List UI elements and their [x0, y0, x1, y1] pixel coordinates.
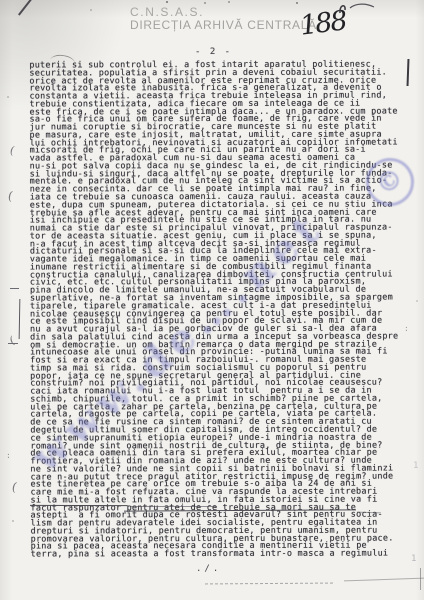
margin-paren-mark: ( — [8, 334, 16, 348]
scan-artifact-corner-line — [420, 568, 421, 590]
margin-paren-mark: ( — [7, 189, 14, 204]
margin-dots-mark: : — [404, 327, 409, 331]
margin-vertical-line-mark — [19, 299, 21, 339]
document-line: terra, pina si aceasta a fost transforma… — [31, 551, 399, 560]
margin-dash-mark — [10, 288, 19, 289]
scan-noise-specks — [0, 0, 2, 2]
scan-artifact-dashed-line — [344, 578, 424, 582]
scan-artifact-dashed-line — [205, 583, 333, 585]
header-department: DIRECȚIA ARHIVĂ CENTRALĂ — [130, 18, 317, 32]
faint-margin-digit: 1 — [411, 554, 416, 564]
margin-dots-mark: : — [6, 453, 11, 458]
header-organization: C.N.S.A.S. — [130, 5, 204, 19]
document-body: puterii si sub controlul ei. a fost inta… — [29, 62, 399, 560]
right-margin-pen-stroke — [407, 59, 410, 86]
document-end-mark: ./. — [196, 564, 221, 574]
handwritten-folio-number: 188 — [298, 5, 347, 41]
page-number: - 2 - — [195, 47, 232, 57]
faint-margin-digit: 1 — [413, 461, 418, 471]
margin-dash-mark — [8, 343, 18, 344]
scan-artifact-line — [18, 0, 32, 15]
margin-paren-mark: ( — [11, 480, 18, 495]
margin-paren-mark: ( — [8, 144, 15, 158]
scanned-document-page: C.N.S.A.S. DIRECȚIA ARHIVĂ CENTRALĂ 188 … — [0, 0, 424, 600]
